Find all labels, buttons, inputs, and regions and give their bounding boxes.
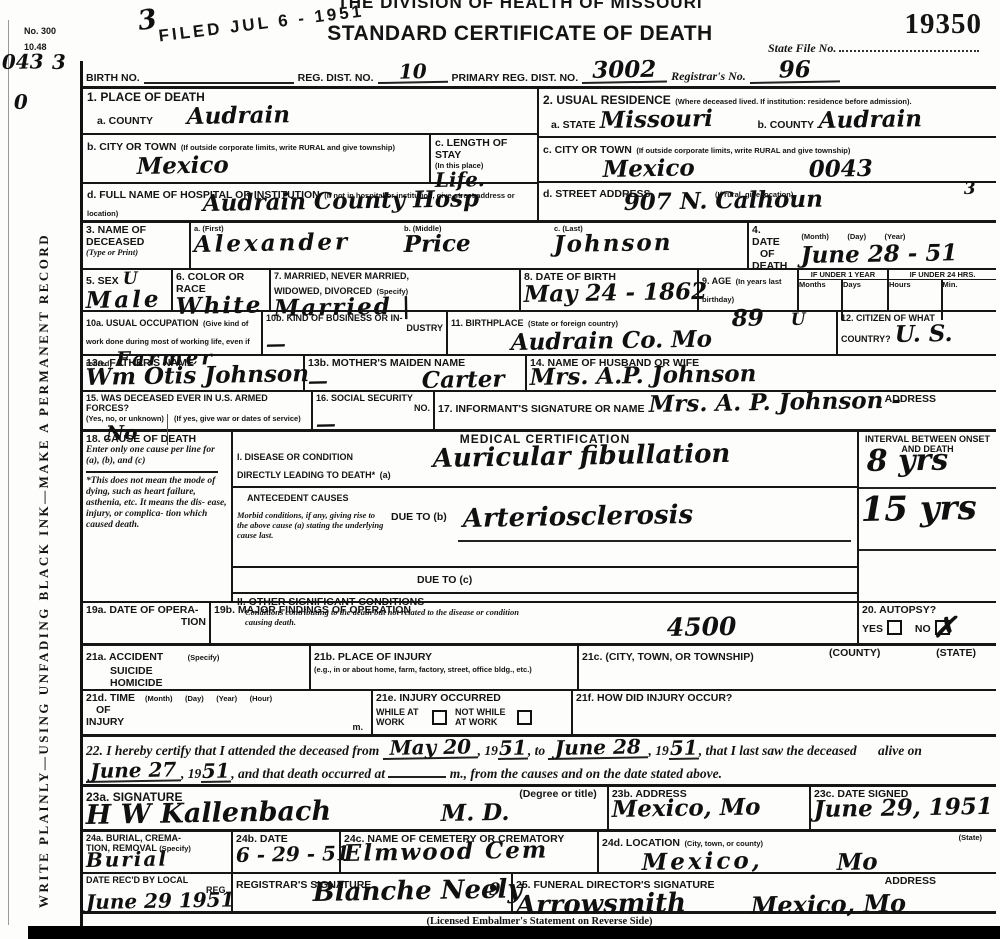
certify-text-5: , that I last saw the deceased: [699, 743, 857, 758]
antecedent-note: Morbid conditions, if any, giving rise t…: [237, 511, 387, 540]
date-received-label: DATE REC'D BY LOCAL: [86, 875, 188, 885]
res-state-label: a. STATE: [551, 119, 596, 131]
pod-stay-label: c. LENGTH OF STAY: [435, 137, 533, 161]
informant-value: Mrs. A. P. Johnson -: [649, 389, 902, 416]
row-cause-of-death: 18. CAUSE OF DEATH Enter only one cause …: [83, 432, 996, 603]
margin-instruction: WRITE PLAINLY—USING UNFADING BLACK INK—M…: [36, 148, 52, 908]
age-under24-group: IF UNDER 24 HRS. Hours Min.: [889, 270, 996, 310]
place-of-death-section: 1. PLACE OF DEATH a. COUNTY Audrain b. C…: [83, 89, 539, 220]
res-city-value: Mexico: [603, 156, 695, 181]
while-at-work-checkbox: [432, 710, 447, 725]
certify-to-year: 51: [668, 737, 698, 760]
res-street-value: 907 N. Calhoun: [624, 188, 823, 214]
due-c-label: DUE TO (c): [417, 574, 472, 586]
injury-city-label: 21c. (CITY, TOWN, OR TOWNSHIP): [582, 651, 754, 663]
forces-label: 15. WAS DECEASED EVER IN U.S. ARMED FORC…: [86, 393, 308, 414]
cause-line1-label: I. DISEASE OR CONDITION: [237, 452, 353, 462]
certify-text-6: alive on: [878, 743, 922, 758]
row-injury-1: 21a. ACCIDENT (Specify) SUICIDE HOMICIDE…: [83, 646, 996, 691]
pod-county-value: Audrain: [187, 103, 291, 128]
date-received-value: June 29 1951: [86, 889, 235, 912]
name-label-note: (Type or Print): [86, 248, 186, 258]
registration-fields: BIRTH NO. REG. DIST. NO. 10 PRIMARY REG.…: [83, 58, 996, 86]
ssn-value: —: [316, 413, 336, 433]
autopsy-yes-label: YES: [862, 623, 883, 635]
row-place-residence: 1. PLACE OF DEATH a. COUNTY Audrain b. C…: [83, 89, 996, 223]
citizen-value: U. S.: [895, 322, 953, 346]
injury-county-label: (COUNTY): [829, 647, 880, 659]
registrar-signature-cell: REGISTRAR'S SIGNATURE Blanche Neely 9: [233, 874, 513, 911]
cause-label: 18. CAUSE OF DEATH: [86, 433, 228, 445]
ssn-label: 16. SOCIAL SECURITY: [316, 393, 430, 403]
burial-location-label: 24d. LOCATION: [602, 837, 680, 849]
birthplace-value: Audrain Co. Mo: [511, 327, 713, 354]
cause-line1-label2: DIRECTLY LEADING TO DEATH*: [237, 470, 375, 480]
pod-city-label: b. CITY OR TOWN: [87, 141, 176, 153]
father-cell: 13a. FATHER'S NAME Wm Otis Johnson: [83, 356, 305, 390]
dob-cell: 8. DATE OF BIRTH May 24 - 1862: [521, 270, 699, 310]
res-street-mark: 3: [964, 181, 976, 198]
physician-signature-cell: 23a. SIGNATURE (Degree or title) H W Kal…: [83, 787, 609, 829]
pod-title: 1. PLACE OF DEATH: [87, 91, 533, 105]
burial-value: Burial: [86, 849, 168, 870]
accident-cell: 21a. ACCIDENT (Specify) SUICIDE HOMICIDE: [83, 646, 311, 689]
burial-location-state-value: Mo: [837, 850, 878, 874]
cause-line1-value: Auricular fibullation: [433, 441, 731, 472]
spouse-value: Mrs. A.P. Johnson: [530, 362, 757, 389]
certify-from-year: 51: [497, 737, 527, 760]
physician-address-cell: 23b. ADDRESS Mexico, Mo: [609, 787, 811, 829]
pod-county-label: a. COUNTY: [97, 115, 153, 127]
ssn-cell: 16. SOCIAL SECURITY NO. —: [313, 392, 435, 429]
marital-cell: 7. MARRIED, NEVER MARRIED, WIDOWED, DIVO…: [271, 270, 521, 310]
date-received-cell: DATE REC'D BY LOCAL REG. June 29 1951: [83, 874, 233, 911]
not-while-at-work-checkbox: [517, 710, 532, 725]
reg-dist-value: 10: [377, 61, 447, 84]
marital-label: 7. MARRIED, NEVER MARRIED,: [274, 271, 516, 281]
cause-line-c: DUE TO (c): [233, 568, 857, 594]
due-b-label: DUE TO (b): [391, 511, 447, 540]
pod-hospital-cell: d. FULL NAME OF HOSPITAL OR INSTITUTION …: [83, 184, 537, 219]
stamp-scribble: 3: [136, 6, 158, 35]
funeral-director-address-label: ADDRESS: [885, 875, 936, 887]
operation-findings-value: 4500: [667, 614, 737, 640]
res-city-label: c. CITY OR TOWN: [543, 144, 632, 156]
pod-city-cell: b. CITY OR TOWN (If outside corporate li…: [83, 135, 431, 182]
row-injury-2: 21d. TIME OF INJURY (Month) (Day) (Year)…: [83, 691, 996, 737]
physician-degree: M. D.: [441, 801, 510, 829]
cause-left-column: 18. CAUSE OF DEATH Enter only one cause …: [83, 432, 233, 601]
funeral-director-signature: Arrowsmith: [516, 890, 687, 919]
res-county-value: Audrain: [818, 107, 922, 132]
margin-scribble-2: 0: [14, 92, 28, 112]
age-under24-label: IF UNDER 24 HRS.: [889, 270, 996, 280]
age-under1-label: IF UNDER 1 YEAR: [799, 270, 887, 280]
place-of-injury-label: 21b. PLACE OF INJURY: [314, 651, 432, 663]
primary-reg-label: PRIMARY REG. DIST. NO.: [452, 72, 579, 84]
file-number: 19350: [905, 8, 983, 41]
time-injury-m-label: m.: [352, 722, 363, 732]
accident-label: 21a. ACCIDENT: [86, 651, 163, 663]
autopsy-cell: 20. AUTOPSY? YES NO ✗: [859, 603, 996, 643]
death-certificate-scan: No. 300 10.48 WRITE PLAINLY—USING UNFADI…: [0, 0, 1000, 939]
age-cell: 9. AGE (In years last birthday) 89: [699, 270, 799, 310]
res-title: 2. USUAL RESIDENCE: [543, 93, 671, 107]
burial-date-cell: 24b. DATE 6 - 29 - 51: [233, 832, 341, 872]
registration-row: BIRTH NO. REG. DIST. NO. 10 PRIMARY REG.…: [83, 61, 996, 89]
row-demographics: 5. SEX U Male 6. COLOR OR RACE White 7. …: [83, 270, 996, 312]
birth-no-blank: [144, 74, 294, 84]
mother-value: Carter: [422, 368, 505, 392]
birth-no-label: BIRTH NO.: [86, 72, 140, 84]
middle-name-cell: b. (Middle) Price: [401, 223, 551, 268]
business-cell: 10b. KIND OF BUSINESS OR IN- DUSTRY —: [263, 312, 448, 354]
row-burial: 24a. BURIAL, CREMA- TION, REMOVAL (Speci…: [83, 832, 996, 874]
res-street-row: d. STREET ADDRESS (If rural, give locati…: [539, 183, 996, 217]
spouse-cell: 14. NAME OF HUSBAND OR WIFE Mrs. A.P. Jo…: [527, 356, 996, 390]
time-injury-label-2: OF: [86, 704, 135, 716]
sex-cell: 5. SEX U Male: [83, 270, 173, 310]
injury-occurred-cell: 21e. INJURY OCCURRED WHILE AT WORK NOT W…: [373, 691, 573, 734]
row-certify: 22. I hereby certify that I attended the…: [83, 737, 996, 787]
registrar-no-label: Registrar's No.: [671, 69, 746, 84]
row-signature: 23a. SIGNATURE (Degree or title) H W Kal…: [83, 787, 996, 832]
father-value: Wm Otis Johnson: [86, 362, 310, 389]
state-file-no: State File No.: [768, 40, 979, 56]
autopsy-no-mark: ✗: [933, 614, 957, 642]
accident-note: (Specify): [188, 653, 220, 662]
not-while-at-work-label: NOT WHILE AT WORK: [455, 707, 509, 728]
birthplace-stray-mark: U: [791, 312, 806, 329]
autopsy-no-checkbox: ✗: [935, 620, 950, 635]
citizen-cell: 12. CITIZEN OF WHAT COUNTRY? U. S.: [838, 312, 996, 354]
pod-hosp-value: Audrain County Hosp: [203, 187, 480, 215]
dod-label-2: OF: [752, 248, 787, 260]
burial-type-cell: 24a. BURIAL, CREMA- TION, REMOVAL (Speci…: [83, 832, 233, 872]
state-file-label: State File No.: [768, 41, 836, 55]
pod-city-note: (If outside corporate limits, write RURA…: [181, 143, 395, 152]
mother-dash: —: [308, 371, 328, 391]
age-label: 9. AGE: [702, 276, 731, 286]
occupation-label: 10a. USUAL OCCUPATION: [86, 318, 199, 328]
cause-line1-sub: (a): [380, 470, 391, 480]
certify-text-3: , to: [528, 743, 545, 758]
certify-alive-value: June 27: [86, 760, 181, 784]
dod-label-1: 4. DATE: [752, 224, 787, 248]
operation-findings-cell: 19b. MAJOR FINDINGS OF OPERATION 4500: [211, 603, 859, 643]
cemetery-value: Elmwood Cem: [344, 838, 549, 865]
res-city-stamp: 0043: [809, 157, 873, 181]
informant-label: 17. INFORMANT'S SIGNATURE OR NAME: [438, 403, 644, 415]
time-injury-label-1: 21d. TIME: [86, 692, 135, 704]
business-label: 10b. KIND OF BUSINESS OR IN-: [266, 313, 443, 323]
row-informant: 15. WAS DECEASED EVER IN U.S. ARMED FORC…: [83, 392, 996, 432]
middle-name-value: Price: [404, 232, 471, 256]
funeral-director-cell: 25. FUNERAL DIRECTOR'S SIGNATURE ADDRESS…: [513, 874, 996, 911]
how-injury-label: 21f. HOW DID INJURY OCCUR?: [576, 692, 993, 704]
burial-label: 24a. BURIAL, CREMA-: [86, 833, 181, 843]
operation-date-cell: 19a. DATE OF OPERA- TION: [83, 603, 211, 643]
operation-date-label: 19a. DATE OF OPERA-: [86, 604, 206, 616]
certificate-form: BIRTH NO. REG. DIST. NO. 10 PRIMARY REG.…: [80, 61, 996, 927]
row-name: 3. NAME OF DECEASED (Type or Print) a. (…: [83, 223, 996, 270]
certify-statement: 22. I hereby certify that I attended the…: [83, 737, 996, 784]
place-of-injury-note: (e.g., in or about home, farm, factory, …: [314, 665, 574, 674]
birthplace-cell: 11. BIRTHPLACE (State or foreign country…: [448, 312, 838, 354]
pod-county-cell: 1. PLACE OF DEATH a. COUNTY Audrain: [83, 89, 537, 135]
autopsy-label: 20. AUTOPSY?: [862, 604, 993, 616]
certify-text-7: , 19: [181, 766, 201, 781]
interval-a-value: 8 yrs: [866, 445, 948, 476]
res-county-label: b. COUNTY: [757, 119, 814, 131]
certify-from-value: May 20: [382, 736, 477, 760]
mother-cell: 13b. MOTHER'S MAIDEN NAME — Carter: [305, 356, 527, 390]
due-b-value: Arteriosclerosis: [463, 502, 694, 532]
primary-reg-value: 3002: [582, 58, 667, 84]
certificate-title: STANDARD CERTIFICATE OF DEATH: [285, 22, 755, 46]
birthplace-label: 11. BIRTHPLACE: [451, 318, 524, 328]
margin-scribble: 043: [2, 51, 44, 72]
business-label-2: DUSTRY: [266, 323, 443, 333]
certify-text-1: 22. I hereby certify that I attended the…: [86, 743, 379, 758]
last-name-value: Johnson: [554, 231, 673, 256]
date-of-death-cell: 4. DATE OF DEATH (Month) (Day) (Year) Ju…: [749, 223, 996, 268]
form-number: No. 300: [24, 26, 56, 36]
physician-address-value: Mexico, Mo: [611, 795, 760, 821]
informant-cell: 17. INFORMANT'S SIGNATURE OR NAME ADDRES…: [435, 392, 996, 429]
first-name-value: Alexander: [194, 230, 351, 256]
interval-column: INTERVAL BETWEEN ONSET AND DEATH 8 yrs 1…: [859, 432, 996, 601]
business-value: —: [266, 333, 286, 353]
pod-city-row: b. CITY OR TOWN (If outside corporate li…: [83, 135, 537, 184]
occupation-cell: 10a. USUAL OCCUPATION (Give kind of work…: [83, 312, 263, 354]
place-of-injury-cell: 21b. PLACE OF INJURY (e.g., in or about …: [311, 646, 579, 689]
dod-day-label: (Day): [847, 232, 866, 241]
cause-note-2: *This does not mean the mode of dying, s…: [86, 476, 228, 531]
autopsy-no-label: NO: [915, 623, 931, 635]
time-injury-label-3: INJURY: [86, 716, 135, 728]
how-injury-cell: 21f. HOW DID INJURY OCCUR?: [573, 691, 996, 734]
sex-value: Male: [86, 288, 162, 312]
cause-note-1: Enter only one cause per line for (a), (…: [86, 445, 228, 467]
dod-value: June 28 - 51: [801, 241, 958, 267]
while-at-work-label: WHILE AT WORK: [376, 707, 424, 728]
certify-to-value: June 28: [548, 736, 648, 760]
injury-state-label: (STATE): [936, 647, 976, 659]
forces-cell: 15. WAS DECEASED EVER IN U.S. ARMED FORC…: [83, 392, 313, 429]
row-operation: 19a. DATE OF OPERA- TION 19b. MAJOR FIND…: [83, 603, 996, 646]
res-state-value: Missouri: [600, 107, 713, 132]
scan-bottom-bar: [28, 926, 1000, 939]
registrar-stray-mark: 9: [489, 882, 501, 899]
dob-value: May 24 - 1862: [524, 280, 708, 306]
row-registrar: DATE REC'D BY LOCAL REG. June 29 1951 RE…: [83, 874, 996, 914]
sex-label: 5. SEX: [86, 275, 119, 287]
res-state-row: 2. USUAL RESIDENCE (Where deceased lived…: [539, 89, 996, 138]
name-label-cell: 3. NAME OF DECEASED (Type or Print): [83, 223, 191, 268]
dod-month-label: (Month): [801, 232, 828, 241]
time-injury-columns: (Month) (Day) (Year) (Hour): [145, 692, 272, 728]
medical-certification-column: MEDICAL CERTIFICATION I. DISEASE OR COND…: [233, 432, 859, 601]
reg-dist-label: REG. DIST. NO.: [298, 72, 374, 84]
physician-signature: H W Kallenbach: [86, 798, 332, 829]
degree-label: (Degree or title): [519, 788, 597, 800]
cemetery-cell: 24c. NAME OF CEMETERY OR CREMATORY Elmwo…: [341, 832, 599, 872]
date-signed-cell: 23c. DATE SIGNED June 29, 1951: [811, 787, 996, 829]
margin-scribble-3: 3: [52, 52, 66, 72]
interval-b-value: 15 yrs: [860, 491, 977, 527]
certify-alive-year: 51: [201, 761, 231, 784]
funeral-director-address-value: Mexico, Mo: [750, 891, 906, 918]
autopsy-yes-checkbox: [887, 620, 902, 635]
certify-hour-blank: [388, 766, 446, 778]
burial-location-value: Mexico,: [642, 849, 763, 874]
residence-section: 2. USUAL RESIDENCE (Where deceased lived…: [539, 89, 996, 220]
certify-text-9: m., from the causes and on the date stat…: [450, 766, 722, 781]
burial-location-state-note: (State): [959, 833, 982, 842]
time-of-injury-cell: 21d. TIME OF INJURY (Month) (Day) (Year)…: [83, 691, 373, 734]
suicide-label: SUICIDE: [110, 665, 306, 677]
last-name-cell: c. (Last) Johnson: [551, 223, 749, 268]
state-file-blank: [839, 40, 979, 52]
name-label: 3. NAME OF DECEASED: [86, 224, 186, 248]
homicide-label: HOMICIDE: [110, 677, 306, 689]
certify-text-4: , 19: [648, 743, 668, 758]
burial-date-value: 6 - 29 - 51: [236, 843, 350, 865]
first-name-cell: a. (First) Alexander: [191, 223, 401, 268]
cause-line-b: ANTECEDENT CAUSES Morbid conditions, if …: [233, 488, 857, 568]
age-under1-group: IF UNDER 1 YEAR Months Days: [799, 270, 889, 310]
operation-date-label-2: TION: [86, 616, 206, 628]
pod-stay-cell: c. LENGTH OF STAY (In this place) Life.: [431, 135, 537, 182]
burial-location-cell: 24d. LOCATION (City, town, or county) (S…: [599, 832, 996, 872]
injury-location-cell: 21c. (CITY, TOWN, OR TOWNSHIP) (COUNTY) …: [579, 646, 996, 689]
operation-findings-label: 19b. MAJOR FINDINGS OF OPERATION: [214, 604, 854, 616]
row-occupation: 10a. USUAL OCCUPATION (Give kind of work…: [83, 312, 996, 356]
pod-city-value: Mexico: [137, 153, 229, 178]
certify-text-2: , 19: [478, 743, 498, 758]
registrar-no-value: 96: [749, 57, 839, 84]
cause-line-a: MEDICAL CERTIFICATION I. DISEASE OR COND…: [233, 432, 857, 488]
certify-text-8: , and that death occurred at: [231, 766, 385, 781]
scan-edge-line: [8, 20, 9, 925]
injury-occurred-label: 21e. INJURY OCCURRED: [376, 692, 568, 704]
date-signed-value: June 29, 1951: [814, 795, 993, 821]
res-city-note: (If outside corporate limits, write RURA…: [636, 146, 850, 155]
res-city-row: c. CITY OR TOWN (If outside corporate li…: [539, 138, 996, 183]
citizen-label-2: COUNTRY?: [841, 334, 891, 344]
race-cell: 6. COLOR OR RACE White: [173, 270, 271, 310]
